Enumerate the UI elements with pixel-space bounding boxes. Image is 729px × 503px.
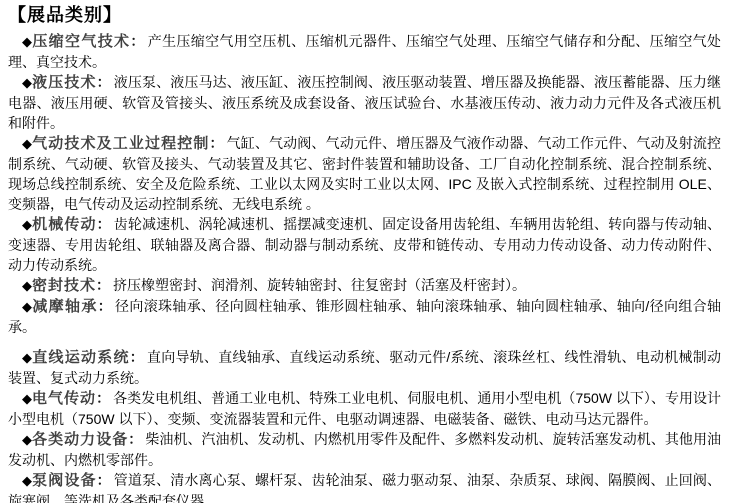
- category-compressed-air: ◆压缩空气技术：产生压缩空气用空压机、压缩机元器件、压缩空气处理、压缩空气储存和…: [8, 31, 721, 72]
- category-name: 直线运动系统: [32, 349, 130, 366]
- page-title: 【展品类别】: [8, 3, 721, 28]
- category-colon: ：: [97, 216, 111, 232]
- category-colon: ：: [96, 277, 110, 293]
- category-electric-drives: ◆电气传动：各类发电机组、普通工业电机、特殊工业电机、伺服电机、通用小型电机（7…: [8, 388, 721, 429]
- category-colon: ：: [98, 298, 112, 314]
- category-items: 各类发电机组、普通工业电机、特殊工业电机、伺服电机、通用小型电机（750W 以下…: [8, 390, 721, 427]
- document-page: 【展品类别】 ◆压缩空气技术：产生压缩空气用空压机、压缩机元器件、压缩空气处理、…: [0, 0, 729, 503]
- category-power-equipment: ◆各类动力设备：柴油机、汽油机、发动机、内燃机用零件及配件、多燃料发动机、旋转活…: [8, 429, 721, 470]
- category-items: 径向滚珠轴承、径向圆柱轴承、锥形圆柱轴承、轴向滚珠轴承、轴向圆柱轴承、轴向/径向…: [8, 298, 721, 335]
- category-colon: ：: [97, 74, 111, 90]
- diamond-bullet-icon: ◆: [22, 136, 32, 151]
- diamond-bullet-icon: ◆: [22, 350, 32, 365]
- diamond-bullet-icon: ◆: [22, 432, 32, 447]
- category-items: 挤压橡塑密封、润滑剂、旋转轴密封、往复密封（活塞及杆密封）。: [113, 277, 526, 293]
- category-pumps-valves: ◆泵阀设备：管道泵、清水离心泵、螺杆泵、齿轮油泵、磁力驱动泵、油泵、杂质泵、球阀…: [8, 470, 721, 503]
- spellcheck-underlined-word: 等洗机: [64, 493, 106, 503]
- category-name: 气动技术及工业过程控制: [32, 135, 209, 152]
- category-name: 液压技术: [32, 74, 97, 91]
- diamond-bullet-icon: ◆: [22, 391, 32, 406]
- category-name: 机械传动: [32, 216, 97, 233]
- category-name: 泵阀设备: [32, 472, 97, 489]
- category-sealing-technology: ◆密封技术：挤压橡塑密封、润滑剂、旋转轴密封、往复密封（活塞及杆密封）。: [8, 275, 721, 296]
- diamond-bullet-icon: ◆: [22, 75, 32, 90]
- category-colon: ：: [97, 472, 111, 488]
- category-items: 齿轮减速机、涡轮减速机、摇摆减变速机、固定设备用齿轮组、车辆用齿轮组、转向器与传…: [8, 216, 721, 273]
- category-colon: ：: [210, 135, 224, 151]
- category-colon: ：: [96, 390, 110, 406]
- category-name: 压缩空气技术: [32, 33, 130, 50]
- diamond-bullet-icon: ◆: [22, 473, 32, 488]
- category-colon: ：: [128, 431, 142, 447]
- diamond-bullet-icon: ◆: [22, 217, 32, 232]
- category-name: 各类动力设备: [32, 431, 128, 448]
- diamond-bullet-icon: ◆: [22, 299, 32, 314]
- category-name: 密封技术: [32, 277, 96, 294]
- category-mechanical-transmission: ◆机械传动：齿轮减速机、涡轮减速机、摇摆减变速机、固定设备用齿轮组、车辆用齿轮组…: [8, 214, 721, 275]
- diamond-bullet-icon: ◆: [22, 34, 32, 49]
- category-pneumatics-process-control: ◆气动技术及工业过程控制：气缸、气动阀、气动元件、增压器及气液作动器、气动工作元…: [8, 133, 721, 214]
- diamond-bullet-icon: ◆: [22, 278, 32, 293]
- category-colon: ：: [130, 349, 144, 365]
- category-items: 液压泵、液压马达、液压缸、液压控制阀、液压驱动装置、增压器及换能器、液压蓄能器、…: [8, 74, 721, 131]
- category-name: 减摩轴承: [32, 298, 97, 315]
- category-colon: ：: [130, 33, 144, 49]
- category-hydraulics: ◆液压技术：液压泵、液压马达、液压缸、液压控制阀、液压驱动装置、增压器及换能器、…: [8, 72, 721, 133]
- category-items-after: 及各类配套仪器。: [106, 493, 218, 503]
- category-name: 电气传动: [32, 390, 96, 407]
- category-linear-motion-systems: ◆直线运动系统：直向导轨、直线轴承、直线运动系统、驱动元件/系统、滚珠丝杠、线性…: [8, 347, 721, 388]
- category-antifriction-bearings: ◆减摩轴承：径向滚珠轴承、径向圆柱轴承、锥形圆柱轴承、轴向滚珠轴承、轴向圆柱轴承…: [8, 296, 721, 337]
